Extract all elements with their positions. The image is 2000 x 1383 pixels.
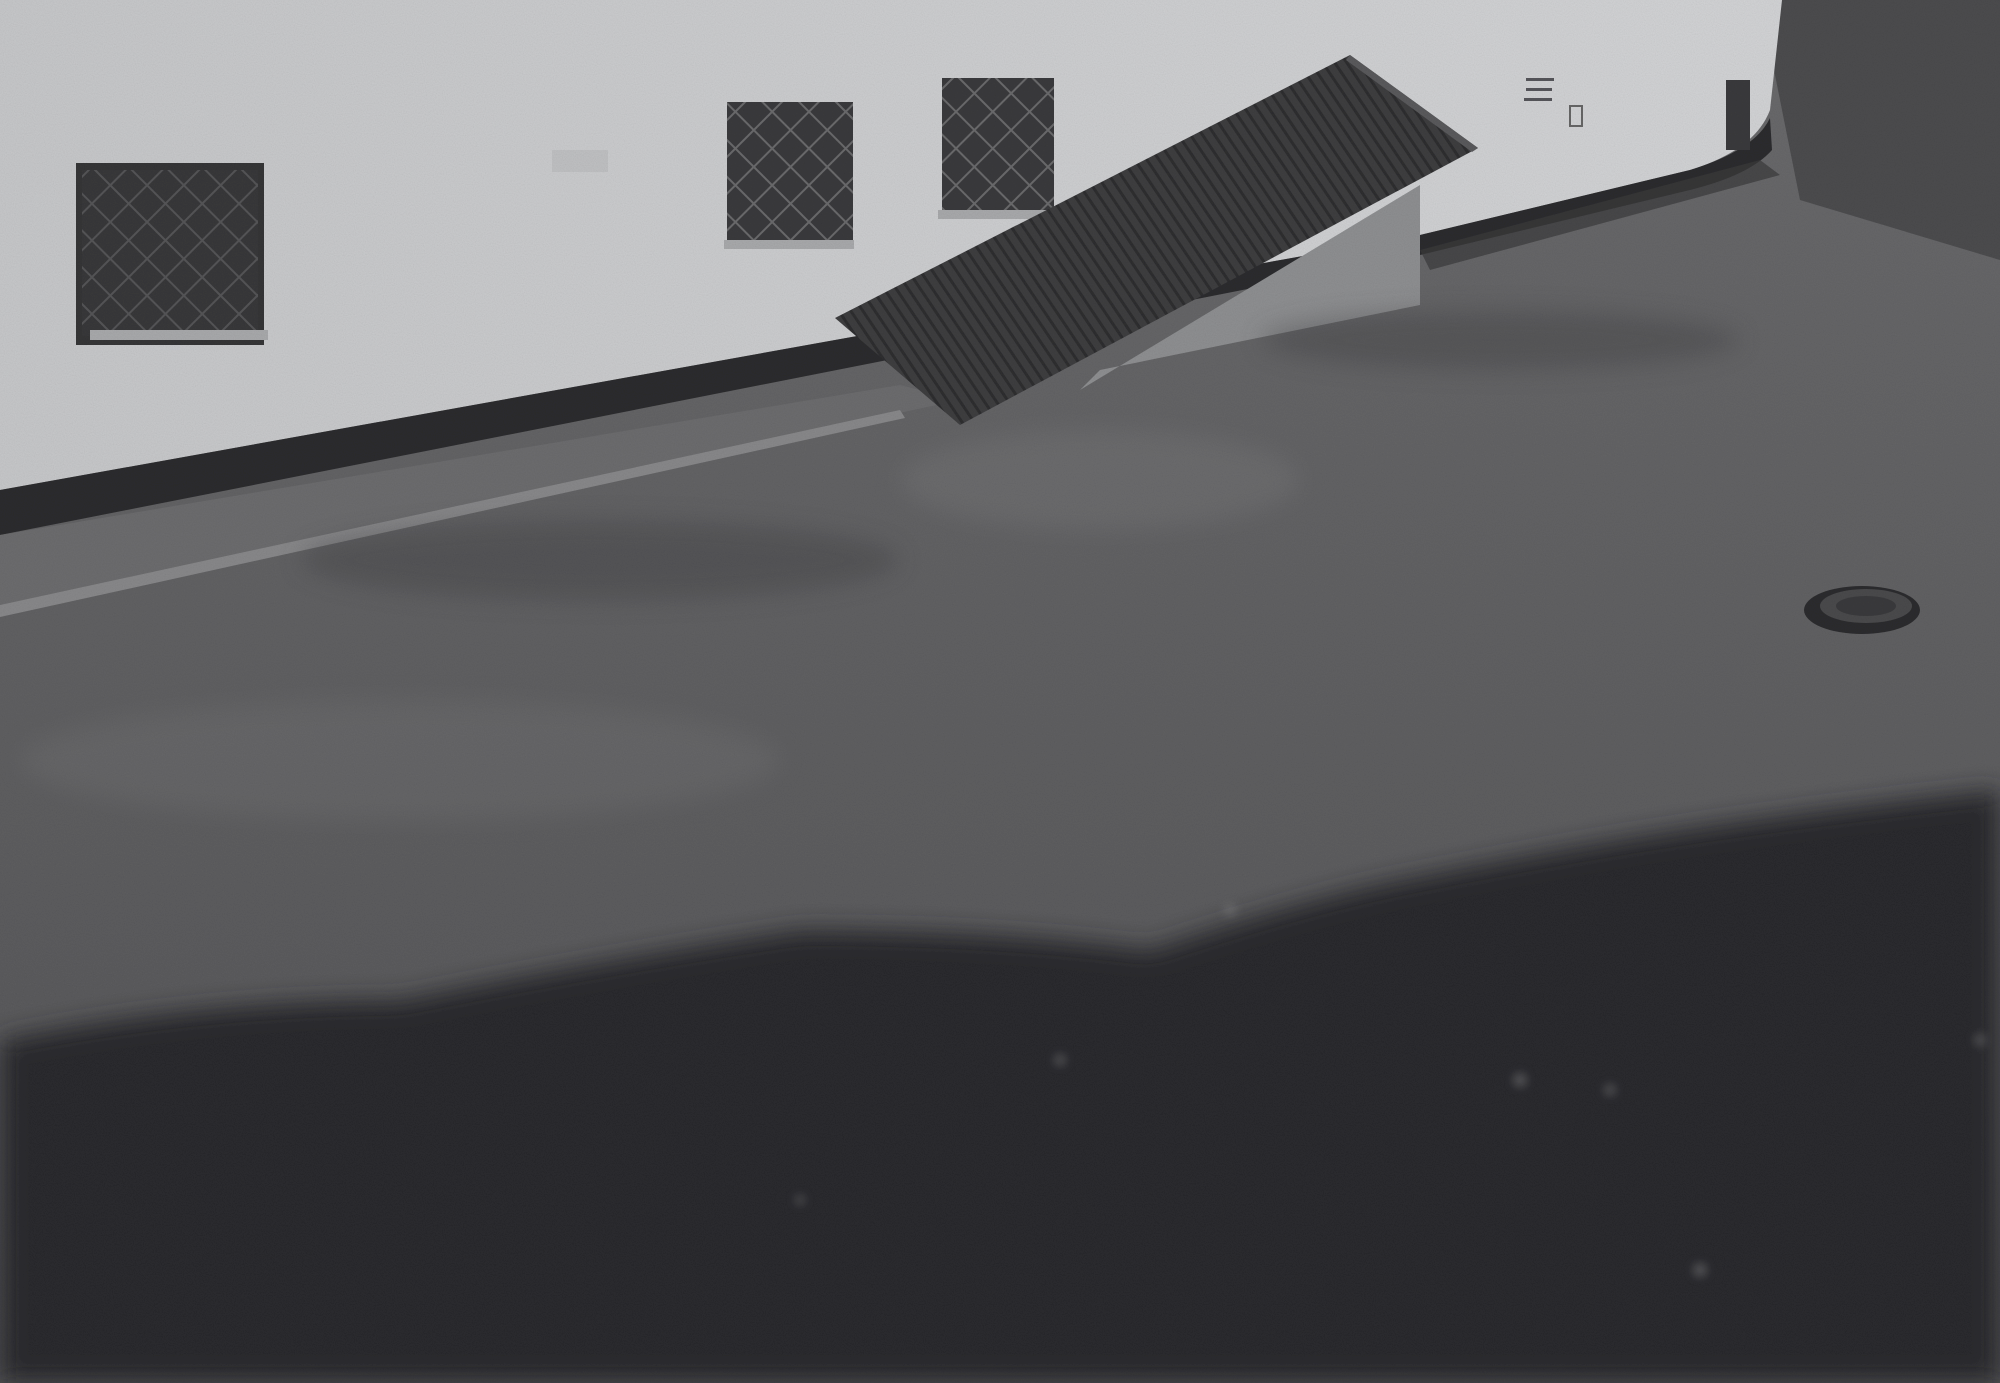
photo-scene bbox=[0, 0, 2000, 1383]
narrow-window bbox=[1726, 80, 1750, 150]
photograph bbox=[0, 0, 2000, 1383]
basement-window bbox=[938, 78, 1056, 219]
manhole-cover bbox=[1804, 586, 1920, 634]
basement-window bbox=[76, 163, 268, 345]
basement-window bbox=[724, 102, 854, 249]
wall-plate bbox=[552, 150, 608, 172]
